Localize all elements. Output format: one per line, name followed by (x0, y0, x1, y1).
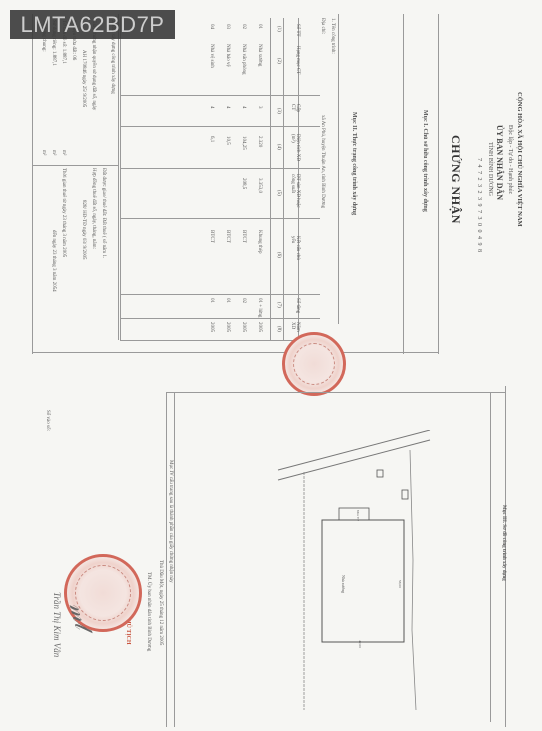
table-cell: 6,1 (209, 136, 214, 142)
frame-bottom-top (32, 352, 404, 353)
lower-frame-left (166, 392, 167, 727)
col-index: (8) (276, 326, 281, 332)
table-cell: 208,5 (241, 178, 246, 189)
table-cell: 4 (209, 106, 214, 109)
dim-side: 58,00 (398, 580, 402, 588)
table-cell: BTCT (209, 230, 214, 243)
signer-name: Trần Thị Kim Vân (52, 592, 62, 657)
table-cell: 2.320 (257, 136, 262, 147)
th-structure: Kết cấu chủ yếu (290, 236, 300, 266)
col-index: (7) (276, 302, 281, 308)
table-cell: 4 (241, 106, 246, 109)
table-cell: 2005 (257, 322, 262, 332)
th-grade: Cấp CT (290, 104, 300, 118)
table-outer-top (120, 18, 121, 340)
lease-line: Thời gian thuê từ ngày 23 tháng 3 năm 20… (61, 168, 66, 257)
table-col-1 (120, 95, 320, 96)
building-label: Nhà xưởng (341, 575, 346, 593)
section-4-title: Mục IV cấu trang sau là thành phần của g… (168, 460, 173, 583)
place-date: Thủ Dầu Một, ngày 25 tháng 12 năm 2005 (158, 560, 163, 645)
table-cell: 01 (225, 298, 230, 303)
unit-label: m² (51, 150, 56, 155)
unit-label: m² (61, 150, 66, 155)
table-cell: 2005 (225, 322, 230, 332)
table-cell: Nhà xưởng (257, 44, 262, 66)
table-cell: 02 (241, 24, 246, 29)
table-cell: BTCT (225, 230, 230, 243)
motto: Độc lập - Tự do - Hạnh phúc (507, 125, 513, 194)
frame-left-top (32, 14, 33, 354)
table-cell: 104,25 (241, 136, 246, 150)
unit-label: m² (41, 150, 46, 155)
lower-frame-inner (490, 392, 491, 722)
table-cell: 01 + lửng (257, 298, 262, 317)
land-box-divider (32, 165, 118, 166)
dim-top: 42,00 (358, 640, 362, 648)
lease-line: đến ngày 23 tháng 3 năm 2054 (51, 230, 56, 292)
lease-line: Đất được giao/ thuê đất: Đất thuê ( số n… (101, 168, 106, 258)
th-stt: Số TT (295, 24, 300, 38)
table-cell: BTCT (241, 230, 246, 243)
section-2-address: xã An Phú, huyện Thuận An, tỉnh Bình Dươ… (320, 115, 325, 208)
official-stamp-top (282, 332, 346, 396)
certificate-page: CỘNG HÒA XÃ HỘI CHỦ NGHĨA VIỆT NAM Độc l… (0, 0, 542, 731)
table-cell: 3 (257, 106, 262, 109)
country-header: CỘNG HÒA XÃ HỘI CHỦ NGHĨA VIỆT NAM (516, 92, 523, 227)
col-index: (2) (276, 58, 281, 64)
frame-sec1-bottom (404, 352, 439, 353)
th-area: Diện tích XD (m²) (290, 134, 300, 164)
table-cell: 10,5 (225, 136, 230, 145)
table-col-5 (120, 294, 320, 295)
table-row-sep (270, 18, 271, 340)
table-col-2 (120, 126, 320, 127)
section-2-name-label: 1. Tên công trình: (330, 18, 335, 54)
table-cell: Khung thép (257, 230, 262, 253)
annex-label: Nhà VP (356, 510, 360, 521)
sec2-left-border (338, 14, 339, 324)
serial-number: 7 4 7 2 3 2 3 9 7 3 0 0 4 9 8 (476, 158, 482, 253)
lease-line: Hợp đồng thuê đất số, ngày, tháng, năm: (91, 168, 96, 249)
col-index: (5) (276, 190, 281, 196)
land-box-top (118, 14, 119, 340)
table-cell: 01 (257, 24, 262, 29)
col-index: (3) (276, 108, 281, 114)
table-cell: Nhà văn phòng (241, 44, 246, 75)
table-cell: 03 (225, 24, 230, 29)
table-cell: 2005 (241, 322, 246, 332)
table-cell: 01 (209, 298, 214, 303)
site-plan (270, 430, 450, 730)
section-2-address-label: Địa chỉ: (320, 18, 325, 34)
table-header-sep2 (283, 18, 284, 340)
lease-line: 828/ HĐ-TĐ ngày 03/ 9/2005 (81, 200, 86, 259)
section-1-title: Mục I. Chủ sở hữu công trình xây dựng (422, 110, 428, 212)
table-cell: Nhà bảo vệ (225, 44, 230, 67)
frame-right-top (403, 14, 404, 354)
th-floor-area: DT sàn XD hoặc công suất (290, 174, 300, 214)
record-number: Số vào sổ: (45, 410, 50, 431)
section-3-title: Mục III. Sơ đồ công trình xây dựng (501, 505, 506, 581)
land-line: AH 170846 ngày 25/ 9/2005 (81, 50, 86, 107)
table-col-4 (120, 218, 320, 219)
col-index: (4) (276, 144, 281, 150)
lower-frame-top (166, 392, 506, 393)
table-cell: 02 (241, 298, 246, 303)
section-2-title: Mục II. Thực trạng công trình xây dựng (351, 112, 357, 215)
col-index: (1) (276, 26, 281, 32)
certificate-title: CHỨNG NHẬN (448, 135, 463, 224)
table-cell: 2005 (209, 322, 214, 332)
table-cell: Nhà vệ sinh (209, 44, 214, 68)
table-cell: 3.353,0 (257, 178, 262, 193)
table-col-6 (120, 318, 320, 319)
authority: ỦY BAN NHÂN DÂN (495, 125, 504, 200)
on-behalf: TM. Ủy ban nhân dân tỉnh Bình Dương (146, 572, 151, 651)
lower-frame-inner-left (174, 392, 175, 727)
watermark-label: LMTA62BD7P (10, 10, 175, 39)
table-cell: 04 (209, 24, 214, 29)
th-item: Hạng mục CT (295, 46, 300, 76)
col-index: (6) (276, 252, 281, 258)
province: TỈNH BÌNH DƯƠNG (487, 142, 493, 196)
th-floors: Số tầng (295, 298, 300, 314)
table-cell: 4 (225, 106, 230, 109)
table-col-3 (120, 168, 320, 169)
frame-right2 (438, 14, 439, 354)
